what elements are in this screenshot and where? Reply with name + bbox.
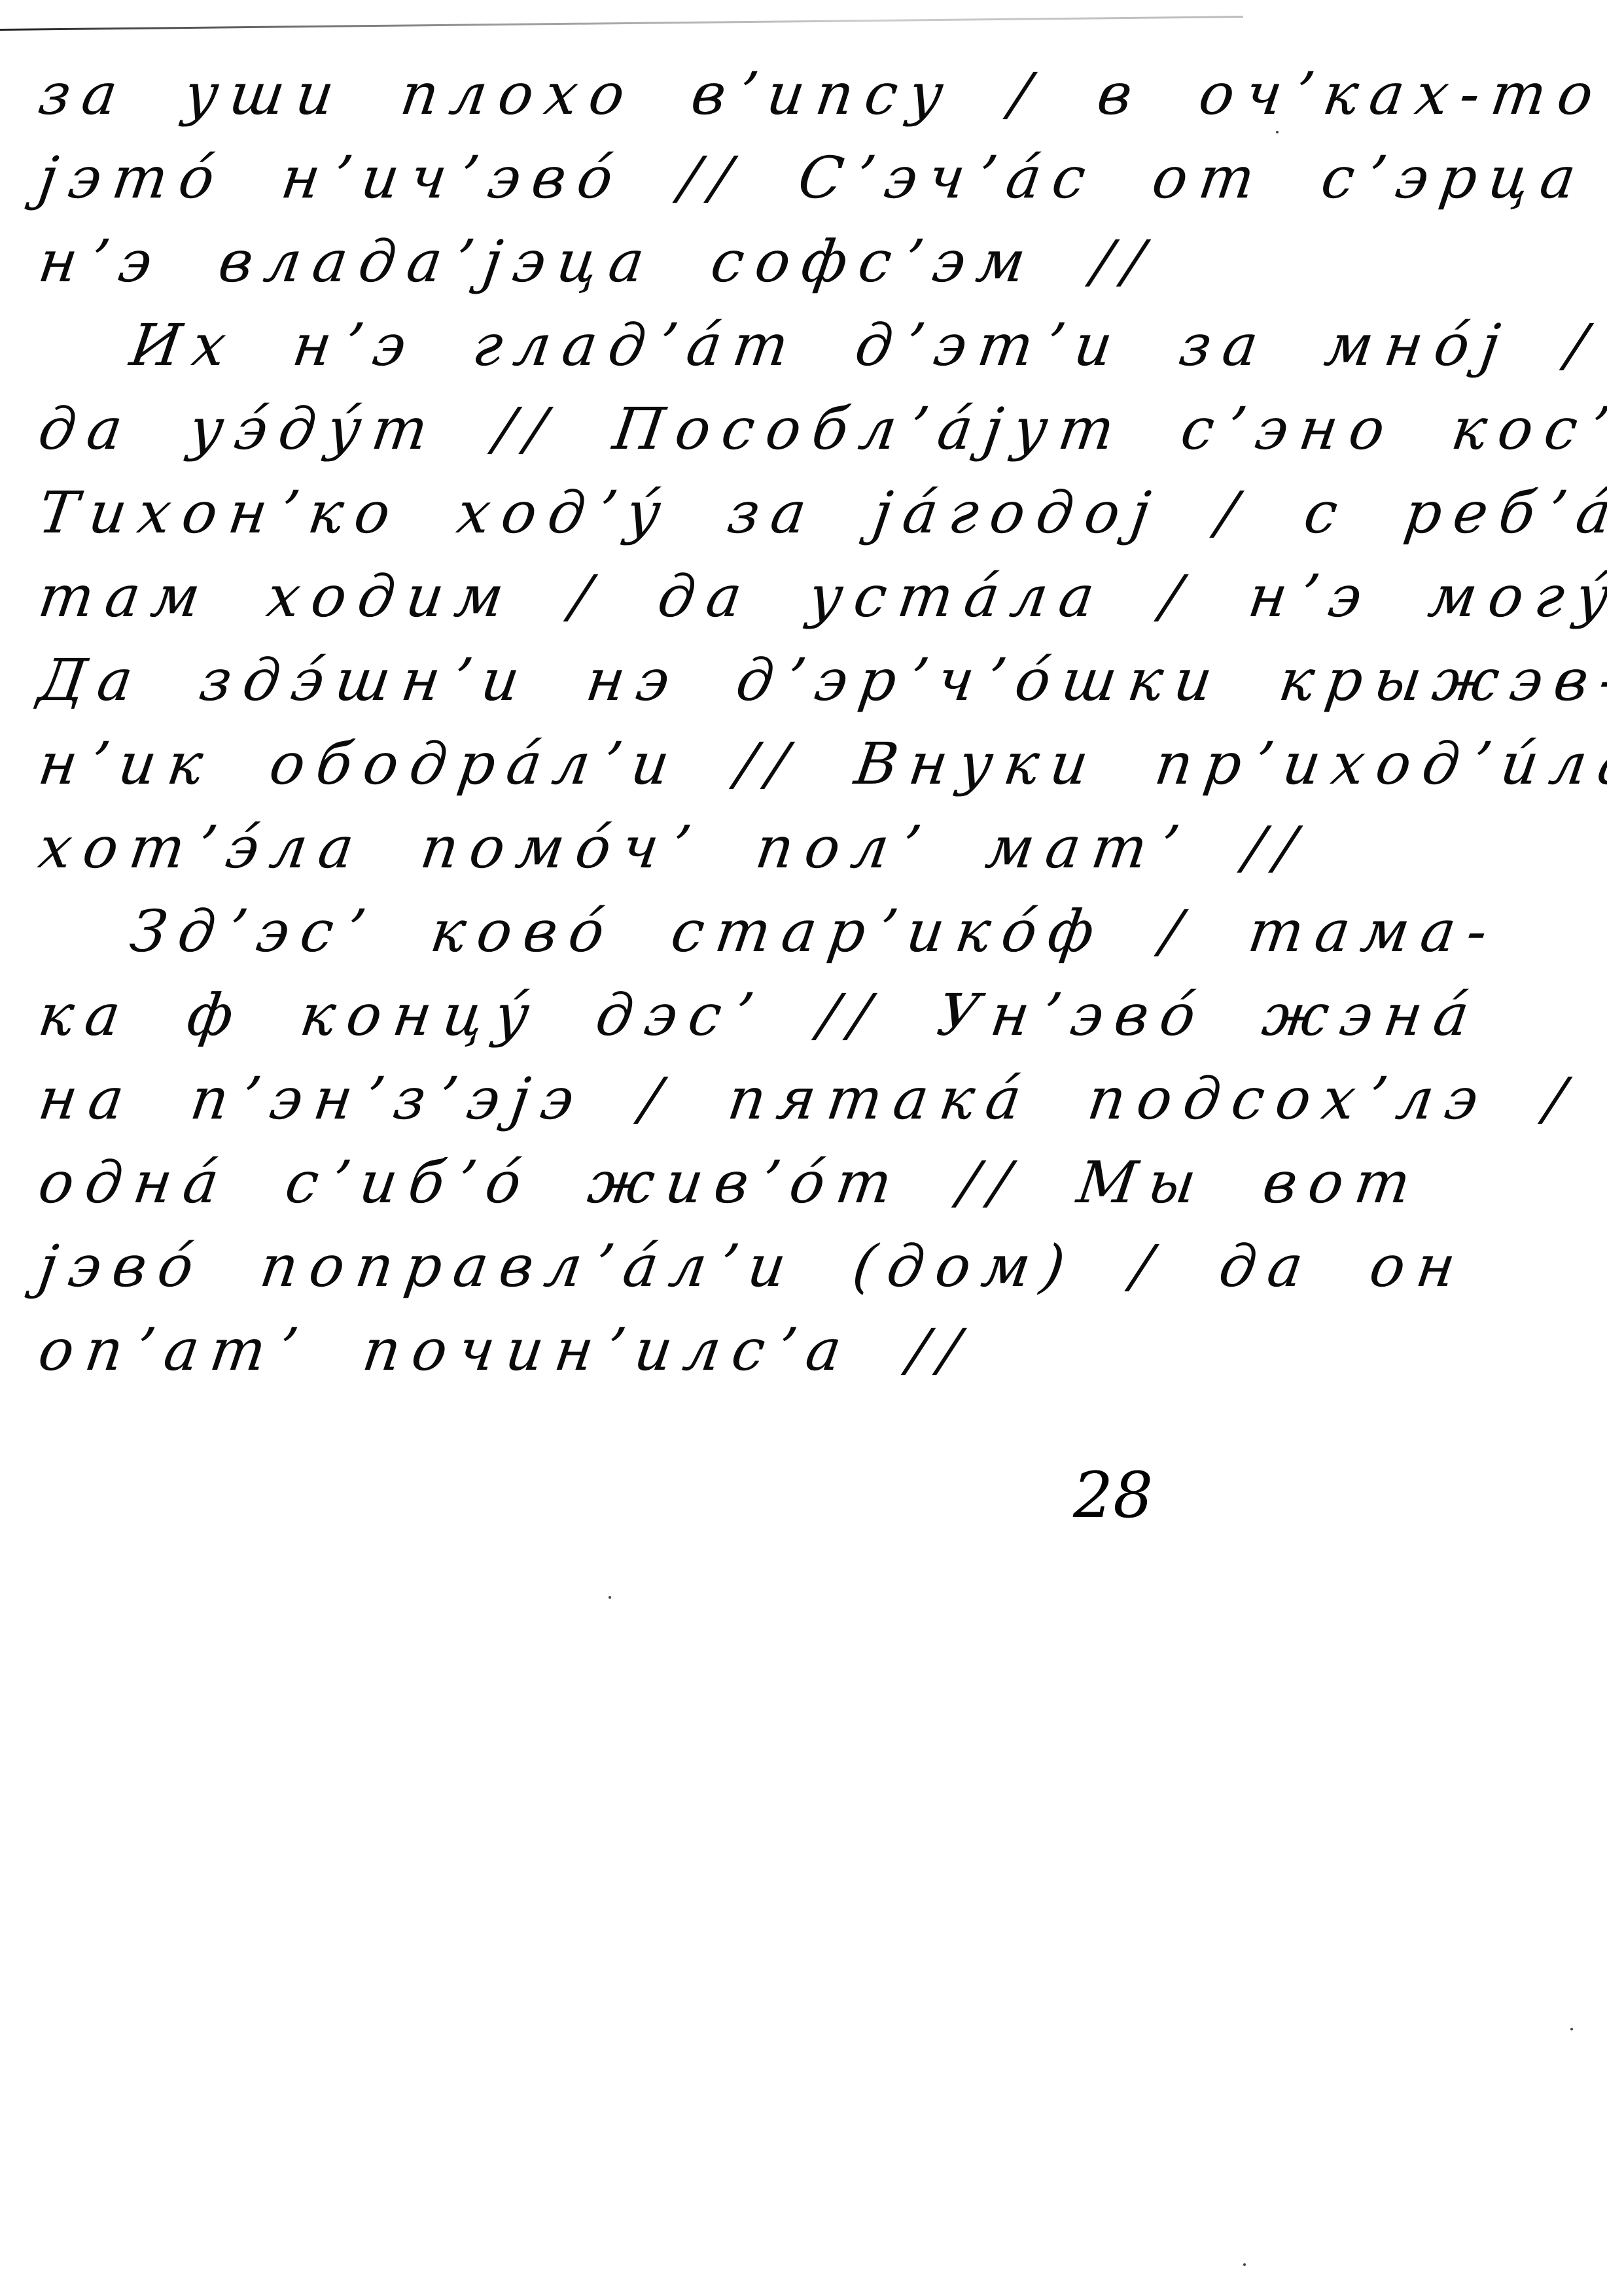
text-line-15: јэво́ поправлʼа́лʼи (дом) / да он <box>33 1225 1288 1308</box>
text-line-2: јэто́ нʼичʼэво́ // Сʼэчʼа́с от сʼэрца ру… <box>33 136 1288 220</box>
text-line-10: хотʼэ́ла помо́чʼ полʼ матʼ // <box>33 806 1288 890</box>
scan-speck <box>1243 2263 1246 2266</box>
text-line-12: ка ф концу́ дэсʼ // Унʼэво́ жэна́ <box>33 973 1288 1057</box>
text-line-8: Да здэ́шнʼи нэ дʼэрʼчʼо́шки крыжэв- <box>33 638 1288 722</box>
text-line-9: нʼик ободра́лʼи // Внуки прʼиходʼи́ла / <box>33 722 1288 806</box>
text-line-13: на пʼэнʼзʼэјэ / пятака́ подсохʼлэ / <box>33 1057 1288 1141</box>
text-line-14: одна́ сʼибʼо́ живʼо́т // Мы вот <box>33 1141 1288 1225</box>
scan-speck <box>609 1596 611 1599</box>
text-line-7: там ходим / да уста́ла / нʼэ могу́ // <box>33 555 1288 638</box>
scan-top-edge-line <box>0 16 1243 31</box>
text-line-3: нʼэ владаʼјэца софсʼэм // <box>33 220 1288 304</box>
text-line-1: за уши плохо вʼипсу / в очʼках-то <box>33 52 1288 136</box>
text-line-11: Здʼэсʼ ково́ старʼико́ф / тама- <box>33 890 1288 973</box>
text-line-4: Их нʼэ гладʼа́т дʼэтʼи за мно́ј / <box>33 304 1288 387</box>
text-line-5: да уэ́ду́т // Пособлʼа́јут сʼэно косʼитʼ… <box>33 387 1288 471</box>
page-number: 28 <box>1073 1459 1153 1532</box>
handwritten-text-block: за уши плохо вʼипсу / в очʼках-то јэто́ … <box>39 52 1282 1392</box>
text-line-6: Тихонʼко ходʼу́ за ја́годој / с ребʼа́- <box>33 471 1288 555</box>
text-line-16: опʼатʼ починʼилсʼа // <box>33 1308 1288 1392</box>
scan-speck <box>1570 2028 1573 2030</box>
scan-speck <box>1276 131 1279 133</box>
